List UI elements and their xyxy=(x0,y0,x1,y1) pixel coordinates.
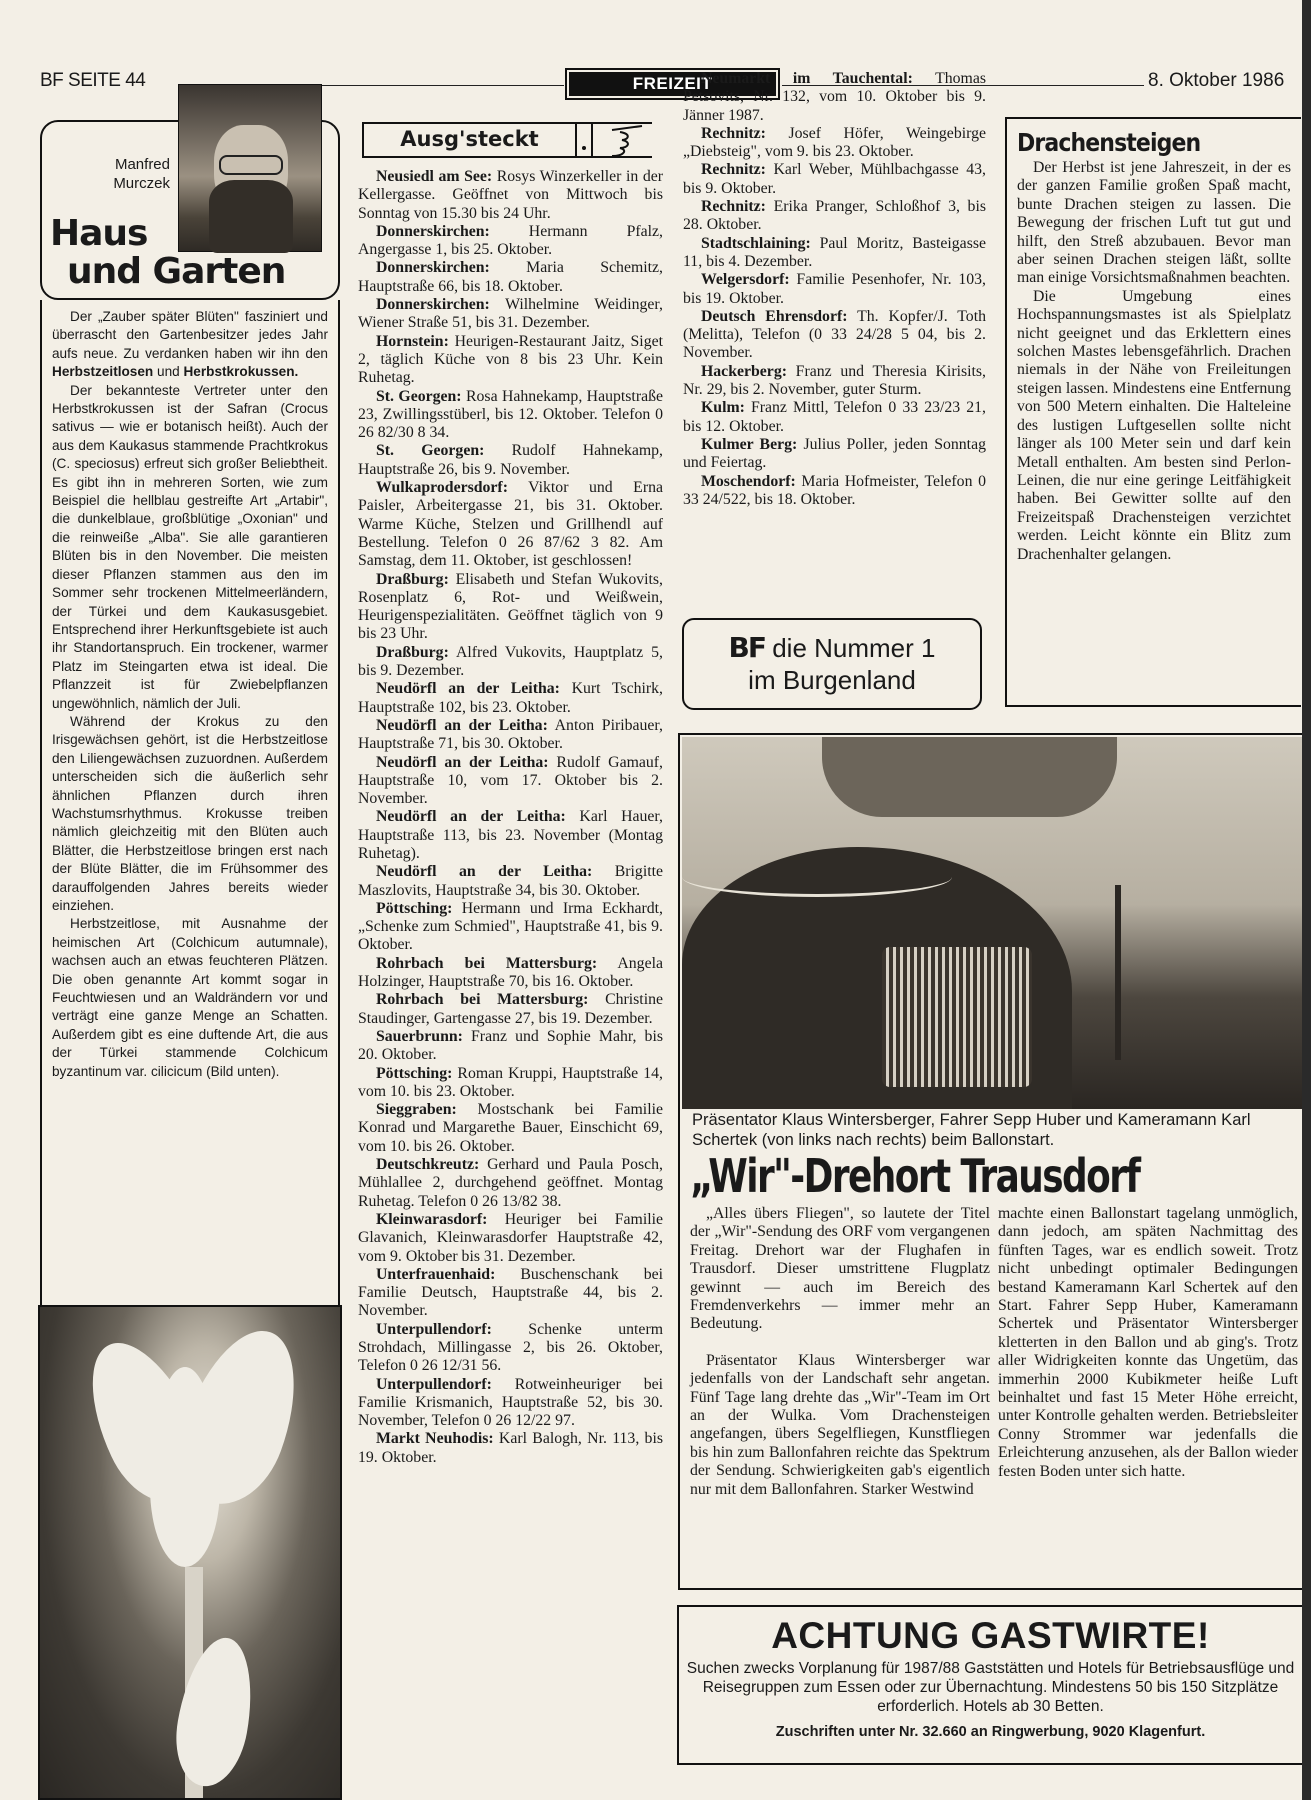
listing-entry: Welgersdorf: Familie Pesenhofer, Nr. 103… xyxy=(683,271,986,308)
listing-entry: Unterpullendorf: Schenke unterm Strohdac… xyxy=(358,1321,663,1376)
listing-entry: Donnerskirchen: Hermann Pfalz, Angergass… xyxy=(358,223,663,260)
listing-entry: Pöttsching: Hermann und Irma Eckhardt, „… xyxy=(358,900,663,955)
page-label: BF SEITE 44 xyxy=(40,70,145,92)
listing-entry: Sieggraben: Mostschank bei Familie Konra… xyxy=(358,1101,663,1156)
listing-entry: St. Georgen: Rosa Hahnekamp, Hauptstraße… xyxy=(358,388,663,443)
balloon-photo xyxy=(682,737,1302,1109)
article-headline: „Wir"-Drehort Trausdorf xyxy=(690,1148,1166,1204)
listing-entry: Wulkaprodersdorf: Viktor und Erna Paisle… xyxy=(358,479,663,570)
listing-entry: Neusiedl am See: Rosys Winzerkeller in d… xyxy=(358,168,663,223)
listing-entry: Neudörfl an der Leitha: Brigitte Maszlov… xyxy=(358,863,663,900)
article-paragraph: Der Herbst ist jene Jahreszeit, in der e… xyxy=(1017,159,1291,288)
listing-entry: Neudörfl an der Leitha: Rudolf Gamauf, H… xyxy=(358,754,663,809)
bf-logo: BF xyxy=(729,631,765,664)
listing-entry: St. Georgen: Rudolf Hahnekamp, Hauptstra… xyxy=(358,442,663,479)
article-paragraph: Die Umgebung eines Hochspannungsmastes i… xyxy=(1017,288,1291,564)
listing-entry: Neumarkt im Tauchental: Thomas Petsovits… xyxy=(683,70,986,125)
listing-entry: Markt Neuhodis: Karl Balogh, Nr. 113, bi… xyxy=(358,1430,663,1467)
photo-caption: Präsentator Klaus Wintersberger, Fahrer … xyxy=(692,1110,1297,1150)
article-column-1: „Alles übers Fliegen", so lautete der Ti… xyxy=(690,1205,990,1499)
colchicum-photo xyxy=(38,1305,342,1800)
listing-entry: Pöttsching: Roman Kruppi, Hauptstraße 14… xyxy=(358,1065,663,1102)
author-name: Manfred Murczek xyxy=(90,155,170,193)
listing-entry: Hackerberg: Franz und Theresia Kirisits,… xyxy=(683,363,986,400)
listing-entry: Stadtschlaining: Paul Moritz, Basteigass… xyxy=(683,235,986,272)
listing-entry: Rohrbach bei Mattersburg: Christine Stau… xyxy=(358,991,663,1028)
page-edge xyxy=(1302,0,1311,1800)
article-paragraph: Der „Zauber später Blüten" fasziniert un… xyxy=(52,308,328,382)
kite-article-title: Drachensteigen xyxy=(1017,127,1258,159)
bush-sign-icon xyxy=(575,122,593,158)
page-date: 8. Oktober 1986 xyxy=(1148,70,1284,92)
ad-contact: Zuschriften unter Nr. 32.660 an Ringwerb… xyxy=(679,1722,1302,1742)
listing-entry: Kleinwarasdorf: Heuriger bei Familie Gla… xyxy=(358,1211,663,1266)
listing-entry: Draßburg: Elisabeth und Stefan Wukovits,… xyxy=(358,571,663,644)
listing-entry: Neudörfl an der Leitha: Anton Piribauer,… xyxy=(358,717,663,754)
garden-article: Der „Zauber später Blüten" fasziniert un… xyxy=(40,300,340,1305)
listing-entry: Rechnitz: Josef Höfer, Weingebirge „Dieb… xyxy=(683,125,986,162)
listing-entry: Neudörfl an der Leitha: Kurt Tschirk, Ha… xyxy=(358,680,663,717)
listing-entry: Rechnitz: Karl Weber, Mühlbachgasse 43, … xyxy=(683,161,986,198)
ad-title: ACHTUNG GASTWIRTE! xyxy=(679,1615,1302,1657)
article-paragraph: Der bekannteste Vertreter unter den Herb… xyxy=(52,382,328,713)
listing-entry: Draßburg: Alfred Vukovits, Hauptplatz 5,… xyxy=(358,644,663,681)
listing-entry: Unterpullendorf: Rotweinheuriger bei Fam… xyxy=(358,1376,663,1431)
listing-entry: Donnerskirchen: Maria Schemitz, Hauptstr… xyxy=(358,259,663,296)
listing-entry: Deutsch Ehrensdorf: Th. Kopfer/J. Toth (… xyxy=(683,308,986,363)
classified-ad: ACHTUNG GASTWIRTE! Suchen zwecks Vorplan… xyxy=(677,1605,1302,1765)
listing-entry: Donnerskirchen: Wilhelmine Weidinger, Wi… xyxy=(358,296,663,333)
article-paragraph: „Alles übers Fliegen", so lautete der Ti… xyxy=(690,1205,990,1334)
ad-body: Suchen zwecks Vorplanung für 1987/88 Gas… xyxy=(679,1657,1302,1716)
listings-header: Ausg'steckt xyxy=(362,122,662,158)
listings-title: Ausg'steckt xyxy=(362,122,577,158)
article-column-2: machte einen Ballonstart tagelang unmögl… xyxy=(998,1205,1298,1481)
bf-promo-box: BF die Nummer 1 im Burgenland xyxy=(682,618,982,710)
article-paragraph: machte einen Ballonstart tagelang unmögl… xyxy=(998,1205,1298,1481)
listing-entry: Hornstein: Heurigen-Restaurant Jaitz, Si… xyxy=(358,333,663,388)
listing-entry: Sauerbrunn: Franz und Sophie Mahr, bis 2… xyxy=(358,1028,663,1065)
kite-article-box: Drachensteigen Der Herbst ist jene Jahre… xyxy=(1005,117,1301,707)
column-title: Haus und Garten xyxy=(50,215,340,291)
article-paragraph: Herbstzeitlose, mit Ausnahme der heimisc… xyxy=(52,915,328,1081)
article-paragraph: Präsentator Klaus Wintersberger war jede… xyxy=(690,1352,990,1499)
listing-entry: Neudörfl an der Leitha: Karl Hauer, Haup… xyxy=(358,808,663,863)
pointing-hand-icon xyxy=(592,122,652,158)
article-paragraph: Während der Krokus zu den Irisgewächsen … xyxy=(52,713,328,915)
listings-column-1: Neusiedl am See: Rosys Winzerkeller in d… xyxy=(358,168,663,1467)
listing-entry: Deutschkreutz: Gerhard und Paula Posch, … xyxy=(358,1156,663,1211)
listing-entry: Kulm: Franz Mittl, Telefon 0 33 23/23 21… xyxy=(683,399,986,436)
listing-entry: Unterfrauenhaid: Buschenschank bei Famil… xyxy=(358,1266,663,1321)
listing-entry: Rohrbach bei Mattersburg: Angela Holzing… xyxy=(358,955,663,992)
listing-entry: Rechnitz: Erika Pranger, Schloßhof 3, bi… xyxy=(683,198,986,235)
listing-entry: Kulmer Berg: Julius Poller, jeden Sonnta… xyxy=(683,436,986,473)
listing-entry: Moschendorf: Maria Hofmeister, Telefon 0… xyxy=(683,473,986,510)
listings-column-2: Neumarkt im Tauchental: Thomas Petsovits… xyxy=(683,70,986,509)
